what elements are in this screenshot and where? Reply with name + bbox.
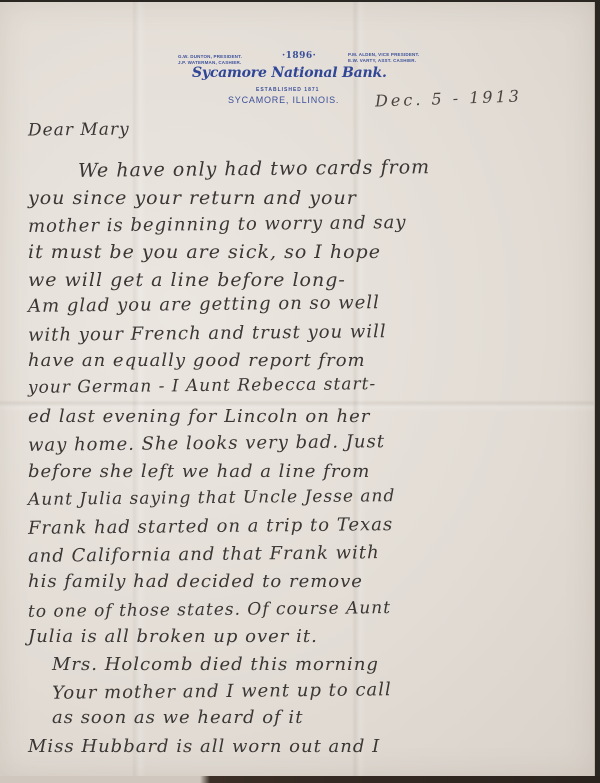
- letter-line: Mrs. Holcomb died this morning: [52, 654, 379, 675]
- salutation: Dear Mary: [28, 119, 130, 140]
- letter-line: and California and that Frank with: [28, 542, 380, 567]
- letter-date: Dec. 5 - 1913: [375, 86, 522, 110]
- letter-line: Aunt Julia saying that Uncle Jesse and: [28, 486, 396, 510]
- letter-line: mother is beginning to worry and say: [28, 212, 407, 237]
- letter-line: Frank had started on a trip to Texas: [28, 514, 393, 539]
- letter-page: G.W. DUNTON, PRESIDENT. J.P. WATERMAN, C…: [0, 2, 595, 776]
- officer-asst-cashier: E.W. VARTY, ASST. CASHIER.: [348, 58, 419, 64]
- letter-line: way home. She looks very bad. Just: [28, 431, 385, 456]
- letter-line: you since your return and your: [28, 187, 357, 209]
- letter-line: ed last evening for Lincoln on her: [28, 406, 370, 427]
- letter-line: have an equally good report from: [28, 350, 366, 371]
- letter-line: Julia is all broken up over it.: [28, 626, 318, 647]
- letter-line: to one of those states. Of course Aunt: [28, 598, 391, 622]
- established-line: ESTABLISHED 1871: [256, 87, 319, 93]
- letter-line: before she left we had a line from: [28, 461, 370, 482]
- letter-line: we will get a line before long-: [28, 269, 346, 291]
- letterhead-year: ·1896·: [282, 51, 316, 61]
- letter-line: Your mother and I went up to call: [52, 679, 392, 704]
- letter-line: as soon as we heard of it: [52, 707, 303, 728]
- letter-line: your German - I Aunt Rebecca start-: [28, 374, 376, 398]
- scan-background-edge: [0, 776, 600, 783]
- letter-line: We have only had two cards from: [78, 156, 430, 182]
- letter-line: with your French and trust you will: [28, 321, 387, 346]
- letter-line: it must be you are sick, so I hope: [28, 241, 381, 263]
- letter-line: his family had decided to remove: [28, 571, 363, 592]
- officers-right: P.M. ALDEN, VICE PRESIDENT. E.W. VARTY, …: [348, 52, 419, 64]
- bank-name: Sycamore National Bank.: [192, 65, 387, 81]
- letter-line: Am glad you are getting on so well: [28, 292, 380, 317]
- bank-city: SYCAMORE, ILLINOIS.: [228, 95, 339, 105]
- letter-line: Miss Hubbard is all worn out and I: [28, 736, 380, 757]
